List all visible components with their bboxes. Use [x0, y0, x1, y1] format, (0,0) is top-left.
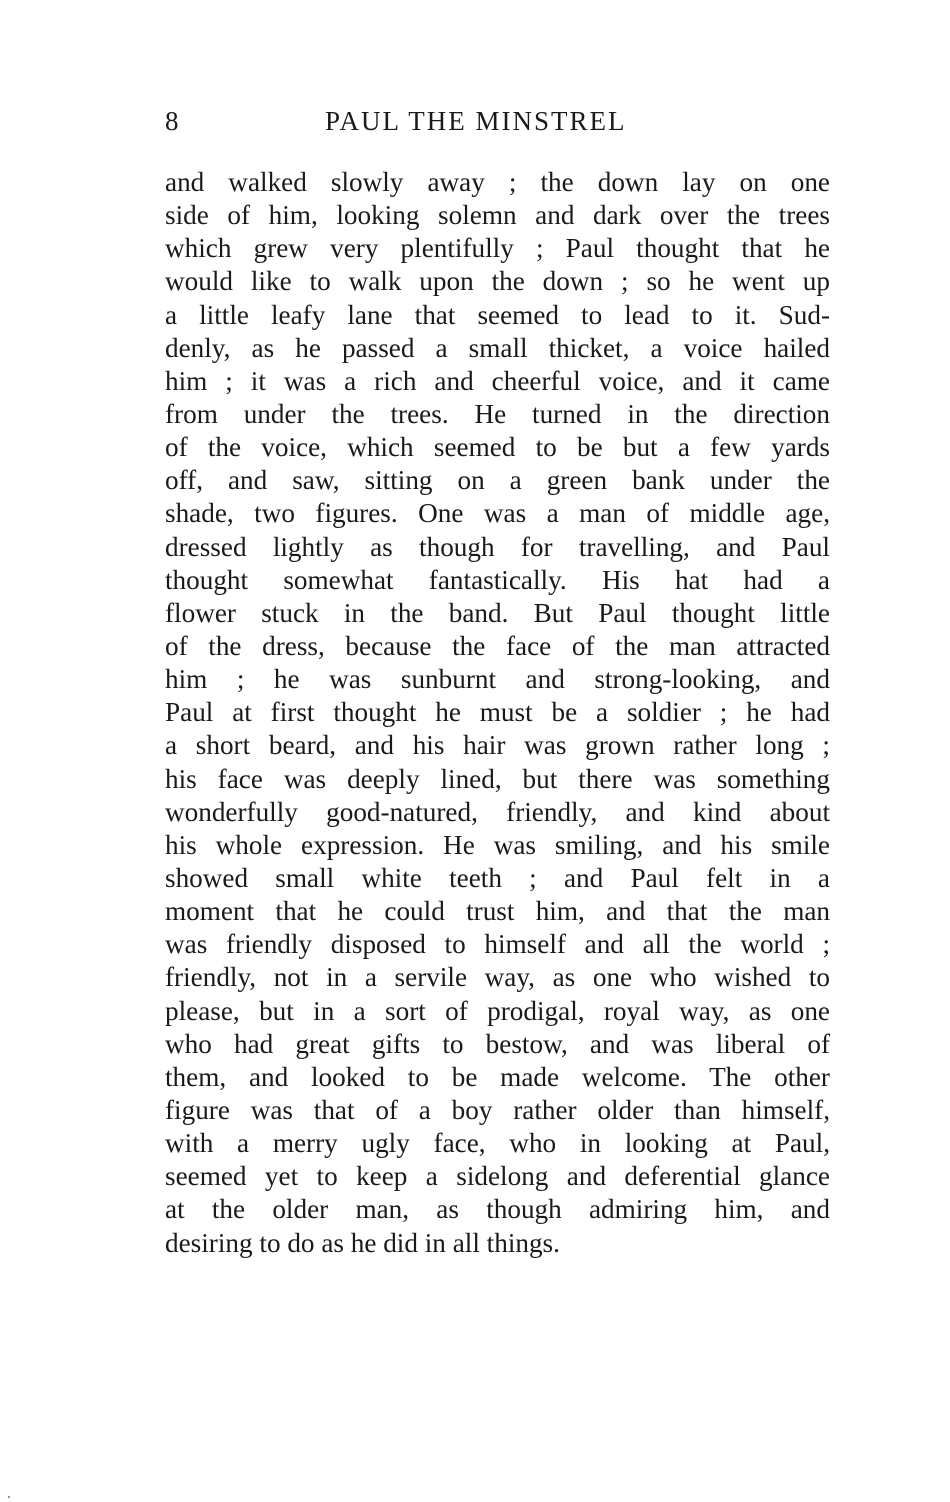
body-text: and walked slowly away ; the down lay on…	[165, 166, 830, 1260]
text-line: please, but in a sort of prodigal, royal…	[165, 995, 830, 1028]
text-line: his whole expression. He was smiling, an…	[165, 829, 830, 862]
text-line: off, and saw, sitting on a green bank un…	[165, 464, 830, 497]
text-line: flower stuck in the band. But Paul thoug…	[165, 597, 830, 630]
text-line: seemed yet to keep a sidelong and defere…	[165, 1160, 830, 1193]
text-line: side of him, looking solemn and dark ove…	[165, 199, 830, 232]
text-line: dressed lightly as though for travelling…	[165, 531, 830, 564]
text-line: and walked slowly away ; the down lay on…	[165, 166, 830, 199]
page-number: 8	[165, 106, 180, 137]
text-line: from under the trees. He turned in the d…	[165, 398, 830, 431]
text-line: them, and looked to be made welcome. The…	[165, 1061, 830, 1094]
running-title: PAUL THE MINSTREL	[325, 106, 627, 137]
text-line: who had great gifts to bestow, and was l…	[165, 1028, 830, 1061]
text-line: would like to walk upon the down ; so he…	[165, 265, 830, 298]
text-line: a short beard, and his hair was grown ra…	[165, 729, 830, 762]
text-line: figure was that of a boy rather older th…	[165, 1094, 830, 1127]
text-line: him ; it was a rich and cheerful voice, …	[165, 365, 830, 398]
text-line: him ; he was sunburnt and strong-looking…	[165, 663, 830, 696]
text-line: at the older man, as though admiring him…	[165, 1193, 830, 1226]
text-line: of the dress, because the face of the ma…	[165, 630, 830, 663]
text-line: a little leafy lane that seemed to lead …	[165, 299, 830, 332]
text-line: denly, as he passed a small thicket, a v…	[165, 332, 830, 365]
text-line: friendly, not in a servile way, as one w…	[165, 961, 830, 994]
scan-speck	[8, 1496, 10, 1498]
text-line: Paul at first thought he must be a soldi…	[165, 696, 830, 729]
text-line: showed small white teeth ; and Paul felt…	[165, 862, 830, 895]
text-line: with a merry ugly face, who in looking a…	[165, 1127, 830, 1160]
page-header: 8 PAUL THE MINSTREL	[165, 106, 830, 142]
text-line: wonderfully good-natured, friendly, and …	[165, 796, 830, 829]
text-line: thought somewhat fantastically. His hat …	[165, 564, 830, 597]
text-line-last: desiring to do as he did in all things.	[165, 1227, 830, 1260]
text-line: was friendly disposed to himself and all…	[165, 928, 830, 961]
text-line: shade, two figures. One was a man of mid…	[165, 497, 830, 530]
text-line: moment that he could trust him, and that…	[165, 895, 830, 928]
text-line: of the voice, which seemed to be but a f…	[165, 431, 830, 464]
text-line: which grew very plentifully ; Paul thoug…	[165, 232, 830, 265]
text-line: his face was deeply lined, but there was…	[165, 763, 830, 796]
